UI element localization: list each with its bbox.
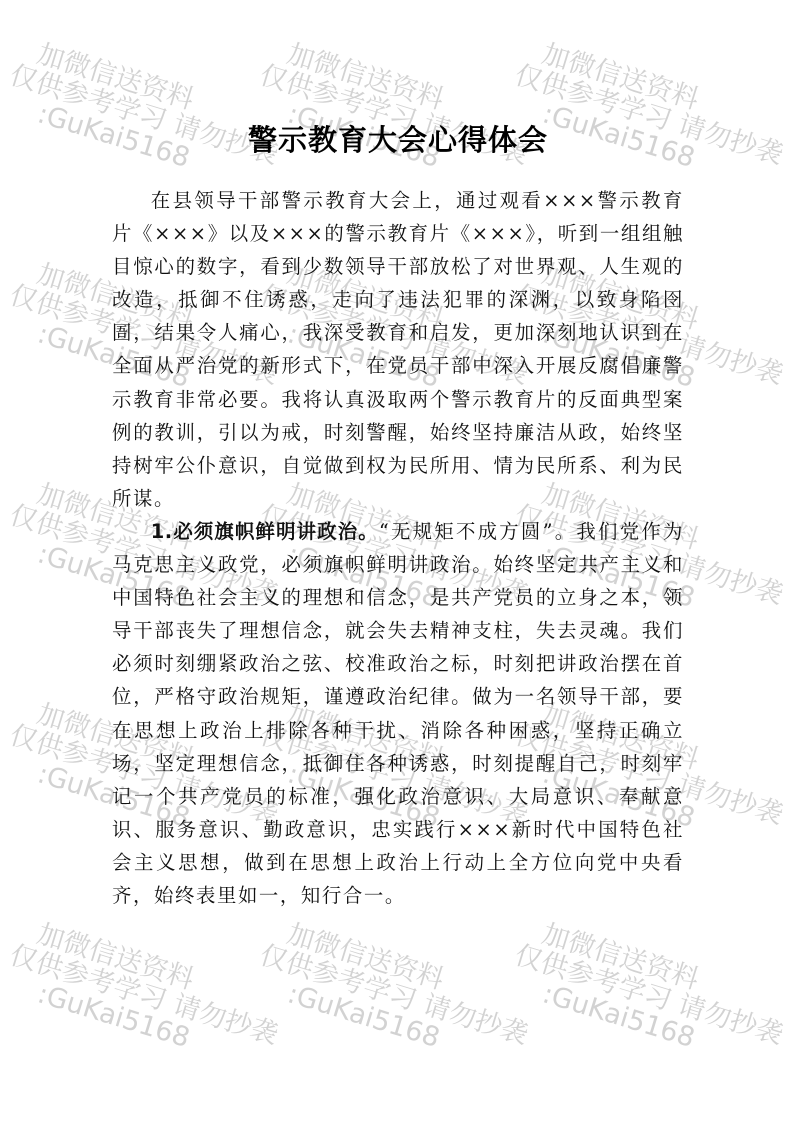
- document-page: 警示教育大会心得体会 在县领导干部警示教育大会上，通过观看×××警示教育片《××…: [112, 118, 684, 912]
- paragraph-text: 在县领导干部警示教育大会上，通过观看×××警示教育片《×××》以及×××的警示教…: [112, 189, 684, 510]
- watermark-line: 仅供参考学习 请勿抄袭: [6, 942, 338, 1068]
- section-heading: 1.必须旗帜鲜明讲政治。: [151, 520, 379, 543]
- paragraph-text: “无规矩不成方圆”。我们党作为马克思主义政党，必须旗帜鲜明讲政治。始终坚定共产主…: [112, 520, 684, 907]
- watermark-line: :GuKai5168: [34, 980, 329, 1095]
- watermark-line: :GuKai5168: [539, 980, 793, 1095]
- watermark-line: 加微信送资料: [34, 921, 346, 1041]
- watermark-line: 仅供参考学习 请勿抄袭: [256, 942, 588, 1068]
- paragraph-intro: 在县领导干部警示教育大会上，通过观看×××警示教育片《×××》以及×××的警示教…: [112, 184, 684, 515]
- document-title: 警示教育大会心得体会: [112, 118, 684, 159]
- watermark-line: 仅供参考学习 请勿抄袭: [511, 942, 793, 1068]
- watermark: 加微信送资料仅供参考学习 请勿抄袭:GuKai5168: [265, 920, 596, 1095]
- paragraph-section-1: 1.必须旗帜鲜明讲政治。“无规矩不成方圆”。我们党作为马克思主义政党，必须旗帜鲜…: [112, 515, 684, 912]
- watermark-line: :GuKai5168: [284, 980, 579, 1095]
- watermark-line: 加微信送资料: [539, 921, 793, 1041]
- watermark: 加微信送资料仅供参考学习 请勿抄袭:GuKai5168: [15, 920, 346, 1095]
- watermark-line: 加微信送资料: [284, 921, 596, 1041]
- watermark: 加微信送资料仅供参考学习 请勿抄袭:GuKai5168: [520, 920, 793, 1095]
